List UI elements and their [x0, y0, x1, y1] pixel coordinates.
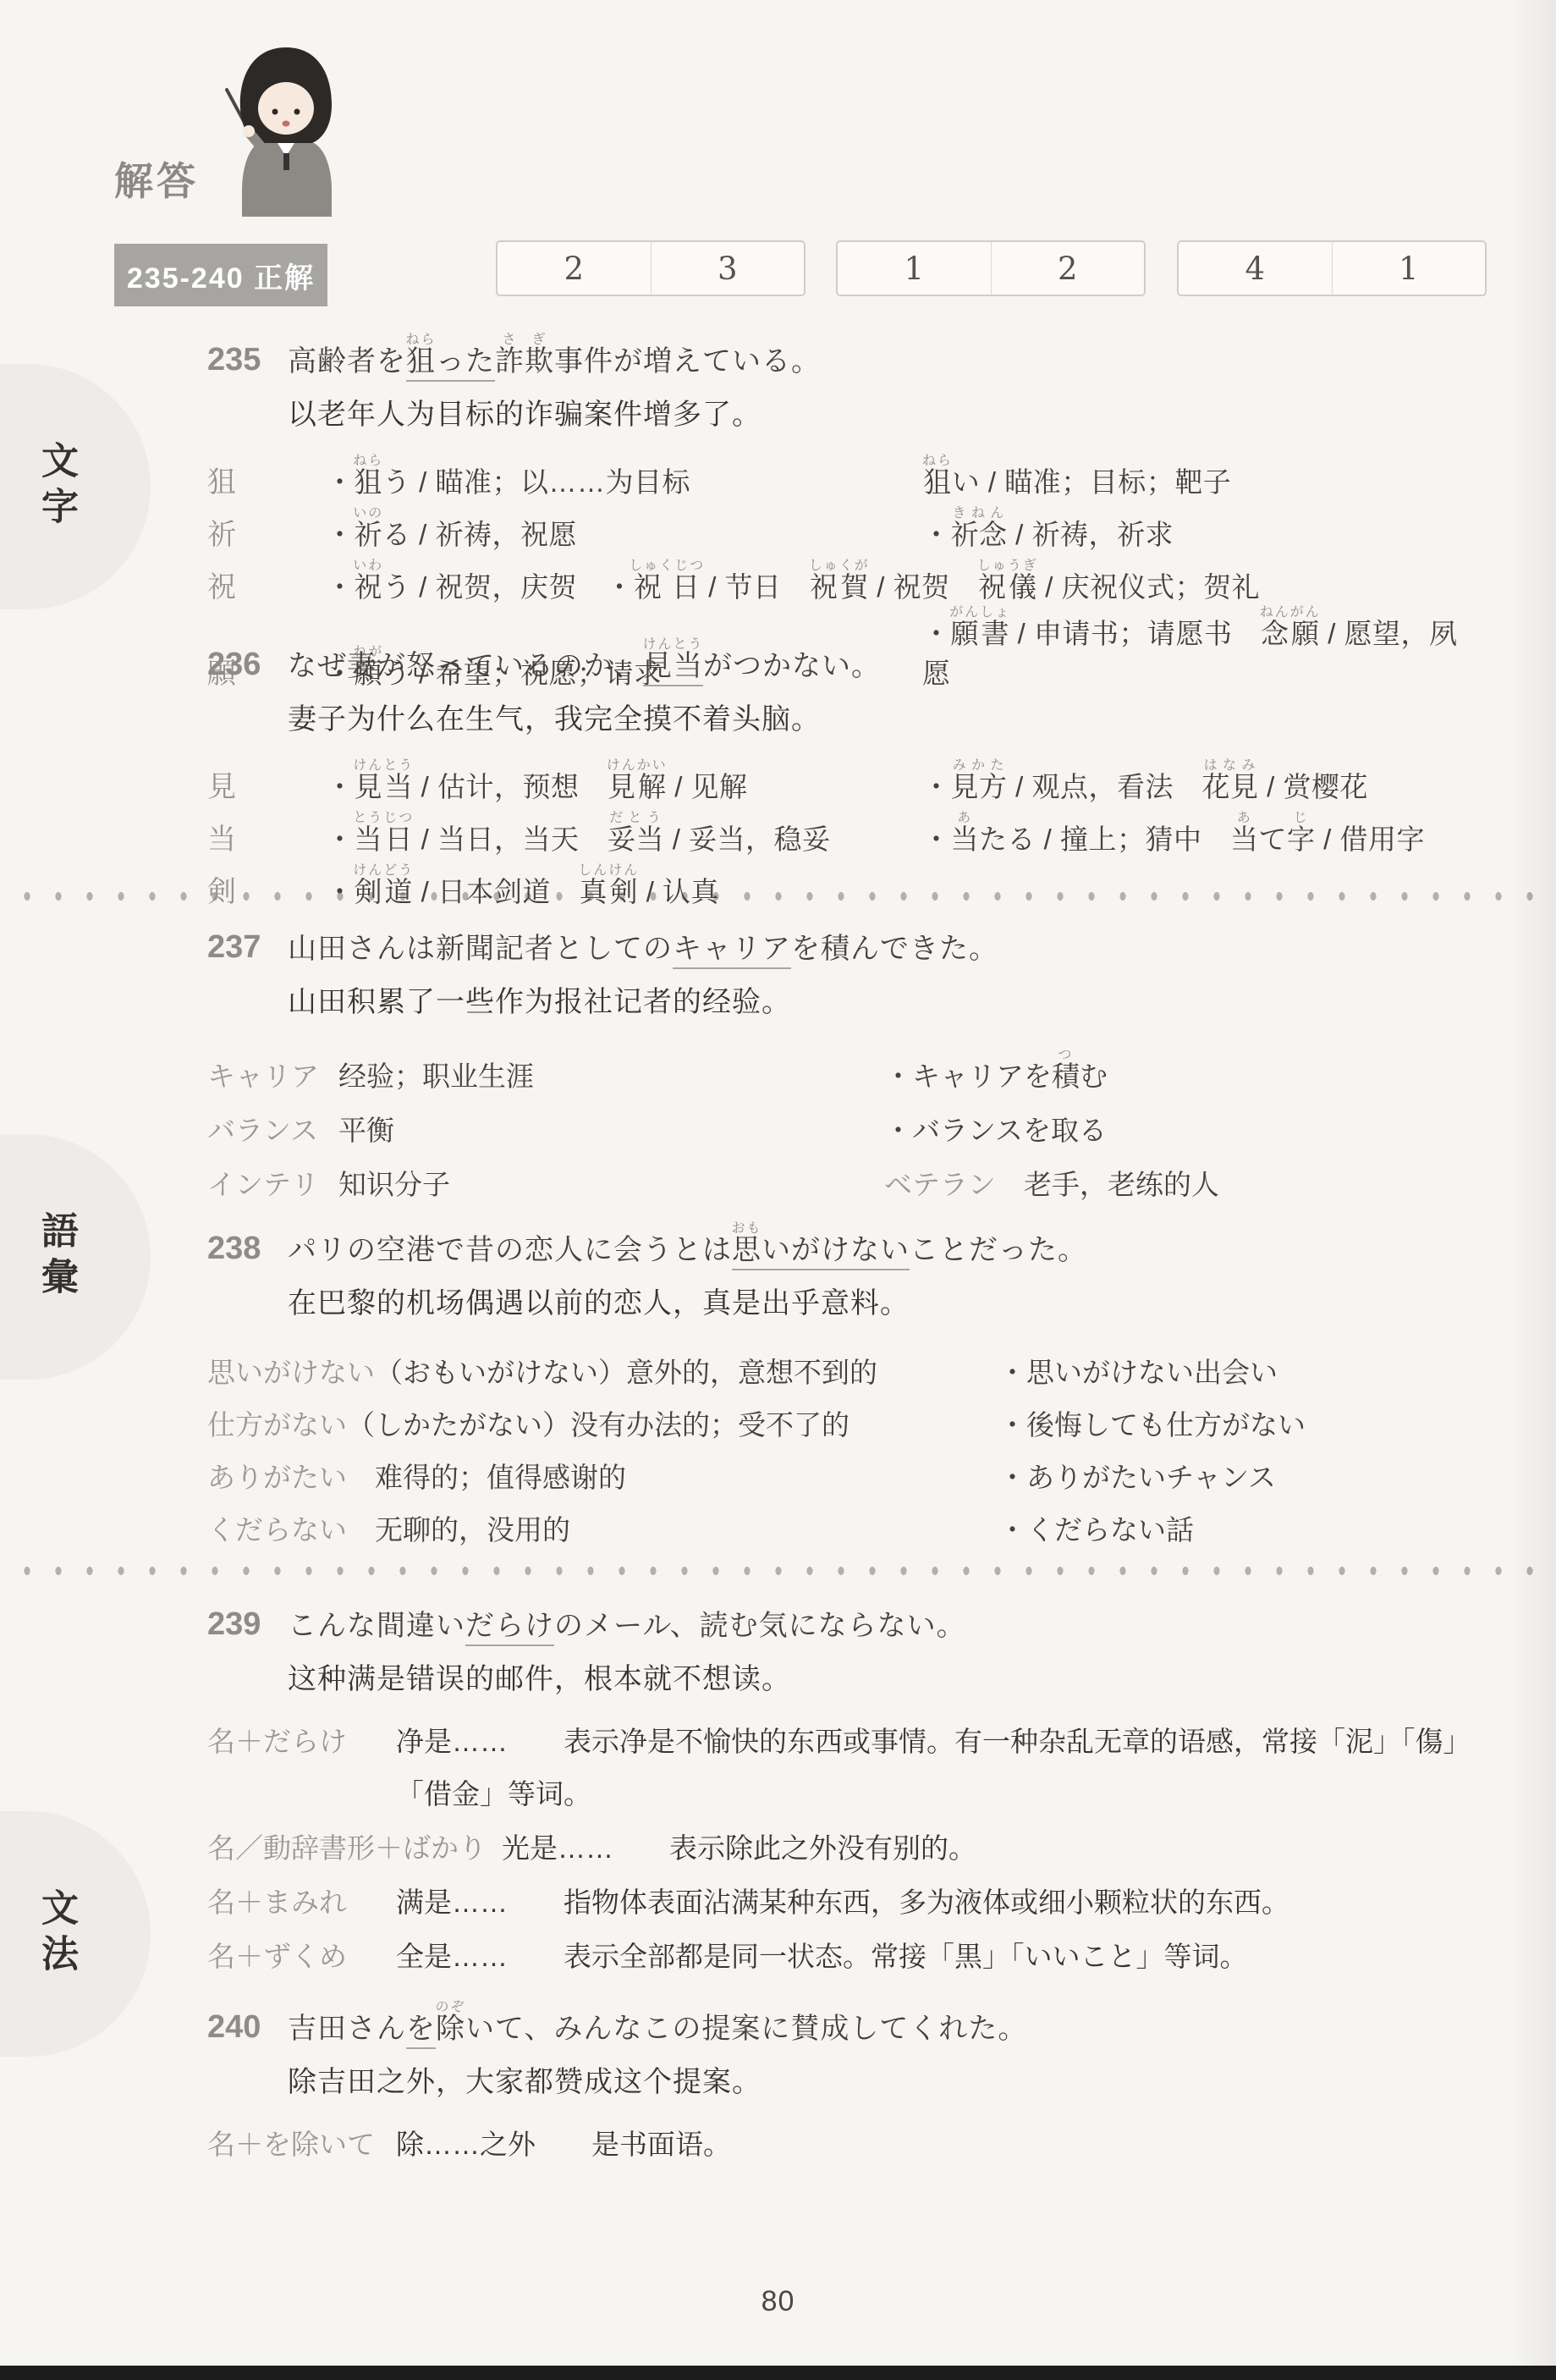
grammar-row: 名＋だらけ 净是…… 表示净是不愉快的东西或事情。有一种杂乱无章的语感，常接「泥…: [207, 1716, 1460, 1821]
vocab-term: インテリ: [207, 1163, 338, 1203]
avatar-eye: [294, 109, 300, 115]
teacher-avatar: [213, 41, 359, 217]
sidebar-tab-bunpou: 文法: [0, 1811, 151, 2057]
sidebar-tab-goi: 語彙: [0, 1134, 151, 1380]
chinese-translation: 除吉田之外，大家都赞成这个提案。: [288, 2058, 1460, 2100]
grammar-pattern: 名＋ずくめ: [207, 1931, 396, 1983]
vocab-term: キャリア: [207, 1055, 338, 1094]
vocab-entry: ・狙ねらう / 瞄准；以……为目标: [326, 454, 922, 500]
avatar-hand: [243, 125, 255, 137]
kanji-head: 祈: [207, 511, 326, 553]
grammar-row: 名＋ずくめ 全是…… 表示全部都是同一状态。常接「黒」「いいこと」等词。: [207, 1931, 1460, 1983]
vocab-definition: ありがたい 难得的；值得感谢的: [207, 1456, 998, 1496]
grammar-row: 名＋を除いて 除……之外 是书面语。: [207, 2118, 1460, 2171]
vocab-meaning: 知识分子: [338, 1163, 884, 1203]
grammar-pattern: 名＋だらけ: [207, 1716, 396, 1768]
vocab-row: 思いがけない（おもいがけない）意外的，意想不到的 ・思いがけない出会い: [207, 1338, 1460, 1391]
adjective-vocab-list: 思いがけない（おもいがけない）意外的，意想不到的 ・思いがけない出会い 仕方がな…: [207, 1338, 1460, 1548]
grammar-pattern: 名＋を除いて: [207, 2118, 396, 2171]
vocab-meaning: 经验；职业生涯: [338, 1055, 884, 1094]
chinese-translation: 妻子为什么在生气，我完全摸不着头脑。: [288, 696, 1460, 737]
answer-box-group: 2 3: [496, 240, 805, 296]
vocab-entry: ・見当けんとう / 估计，预想 見解けんかい / 见解: [326, 758, 922, 805]
question-sentence: こんな間違いだらけのメール、読む気にならない。: [288, 1604, 966, 1642]
vocab-row: キャリア 经验；职业生涯 ・キャリアを積つむ: [207, 1040, 1460, 1094]
answer-cell: 3: [651, 242, 805, 295]
answer-cell: 2: [498, 242, 651, 295]
chinese-translation: 这种满是错误的邮件，根本就不想读。: [288, 1656, 1460, 1697]
grammar-row: 名／動辞書形＋ばかり 光是…… 表示除此之外没有别的。: [207, 1822, 1460, 1875]
vocab-meaning: 平衡: [338, 1109, 884, 1149]
answer-box-group: 1 2: [836, 240, 1146, 296]
question-237: 237 山田さんは新聞記者としてのキャリアを積んできた。 山田积累了一些作为报社…: [207, 927, 1460, 1203]
vocab-row: 狙 ・狙ねらう / 瞄准；以……为目标 狙ねらい / 瞄准；目标；靶子: [207, 448, 1460, 500]
question-sentence: なぜ妻が怒っているのか、見当けんとうがつかない。: [288, 631, 881, 682]
answer-range-badge: 235-240 正解: [114, 244, 327, 306]
grammar-pattern: 名＋まみれ: [207, 1876, 396, 1929]
question-sentence: パリの空港で昔の恋人に会うとは思おもいがけないことだった。: [288, 1215, 1087, 1266]
vocab-entry: ・当日とうじつ / 当日，当天 妥当だとう / 妥当，稳妥: [326, 811, 922, 857]
vocab-row: 当 ・当日とうじつ / 当日，当天 妥当だとう / 妥当，稳妥 ・当あたる / …: [207, 805, 1460, 857]
question-sentence: 山田さんは新聞記者としてのキャリアを積んできた。: [288, 927, 998, 965]
answer-cell: 1: [1332, 242, 1486, 295]
question-number: 240: [207, 2011, 288, 2045]
grammar-explanation: 除……之外 是书面语。: [396, 2118, 1460, 2171]
question-number: 235: [207, 344, 288, 377]
vocab-entry: ・剣道けんどう / 日本剑道 真剣しんけん / 认真: [326, 863, 922, 910]
answer-cell: 2: [991, 242, 1145, 295]
kanji-head: 当: [207, 816, 326, 857]
sidebar-tab-label: 語彙: [29, 1211, 83, 1303]
katakana-vocab-list: キャリア 经验；职业生涯 ・キャリアを積つむ バランス 平衡 ・バランスを取る …: [207, 1040, 1460, 1203]
avatar-tie: [283, 153, 289, 170]
answer-box-group: 4 1: [1177, 240, 1487, 296]
vocab-entry: ・祈いのる / 祈祷，祝愿: [326, 506, 922, 553]
avatar-face: [258, 82, 314, 135]
kanji-vocab-list: 狙 ・狙ねらう / 瞄准；以……为目标 狙ねらい / 瞄准；目标；靶子 祈 ・祈…: [207, 448, 1460, 658]
page-edge-shading: [1509, 0, 1556, 2380]
vocab-example: ・後悔しても仕方がない: [998, 1403, 1460, 1443]
vocab-row: 祈 ・祈いのる / 祈祷，祝愿 ・祈念きねん / 祈祷，祈求: [207, 500, 1460, 553]
page-bottom-edge: [0, 2366, 1556, 2380]
answer-cell: 4: [1179, 242, 1332, 295]
question-number: 238: [207, 1232, 288, 1266]
grammar-list: 名＋を除いて 除……之外 是书面语。: [207, 2118, 1460, 2171]
chinese-translation: 以老年人为目标的诈骗案件增多了。: [288, 391, 1460, 432]
vocab-entry: ・見方みかた / 观点，看法 花見はなみ / 赏樱花: [922, 758, 1460, 805]
vocab-row: 剣 ・剣道けんどう / 日本剑道 真剣しんけん / 认真: [207, 857, 1460, 910]
kanji-vocab-list: 見 ・見当けんとう / 估计，预想 見解けんかい / 见解 ・見方みかた / 观…: [207, 752, 1460, 910]
question-239: 239 こんな間違いだらけのメール、読む気にならない。 这种满是错误的邮件，根本…: [207, 1604, 1460, 1985]
question-236: 236 なぜ妻が怒っているのか、見当けんとうがつかない。 妻子为什么在生气，我完…: [207, 631, 1460, 910]
vocab-row: ありがたい 难得的；值得感谢的 ・ありがたいチャンス: [207, 1443, 1460, 1496]
vocab-entry: 狙ねらい / 瞄准；目标；靶子: [922, 454, 1460, 500]
kanji-head: 祝: [207, 564, 326, 605]
grammar-explanation: 全是…… 表示全部都是同一状态。常接「黒」「いいこと」等词。: [396, 1931, 1460, 1983]
chinese-translation: 在巴黎的机场偶遇以前的恋人，真是出乎意料。: [288, 1280, 1460, 1321]
vocab-example: ・キャリアを積つむ: [884, 1048, 1460, 1094]
sidebar-tab-moji: 文字: [0, 364, 151, 609]
vocab-row: くだらない 无聊的，没用的 ・くだらない話: [207, 1496, 1460, 1548]
kanji-head: 剣: [207, 868, 326, 910]
page-number: 80: [0, 2285, 1556, 2318]
grammar-list: 名＋だらけ 净是…… 表示净是不愉快的东西或事情。有一种杂乱无章的语感，常接「泥…: [207, 1716, 1460, 1983]
vocab-definition: 仕方がない（しかたがない）没有办法的；受不了的: [207, 1403, 998, 1443]
avatar-eye: [272, 109, 278, 115]
question-number: 236: [207, 648, 288, 682]
vocab-example: ・くだらない話: [998, 1508, 1460, 1548]
question-sentence: 吉田さんを除のぞいて、みんなこの提案に賛成してくれた。: [288, 1993, 1027, 2045]
vocab-term: バランス: [207, 1109, 338, 1149]
grammar-explanation: 净是…… 表示净是不愉快的东西或事情。有一种杂乱无章的语感，常接「泥」「傷」「借…: [396, 1716, 1460, 1821]
question-number: 237: [207, 931, 288, 965]
grammar-row: 名＋まみれ 满是…… 指物体表面沾满某种东西，多为液体或细小颗粒状的东西。: [207, 1876, 1460, 1929]
vocab-row: バランス 平衡 ・バランスを取る: [207, 1094, 1460, 1149]
vocab-definition: くだらない 无聊的，没用的: [207, 1508, 998, 1548]
grammar-explanation: 光是…… 表示除此之外没有别的。: [502, 1822, 1460, 1875]
chinese-translation: 山田积累了一些作为报社记者的经验。: [288, 978, 1460, 1020]
textbook-answer-page: 解答 235-240 正解 2 3 1 2 4 1 文字 語彙 文法: [0, 0, 1556, 2380]
question-238: 238 パリの空港で昔の恋人に会うとは思おもいがけないことだった。 在巴黎的机场…: [207, 1215, 1460, 1548]
kanji-head: 狙: [207, 459, 326, 500]
sidebar-tab-label: 文法: [29, 1888, 83, 1980]
vocab-row: 仕方がない（しかたがない）没有办法的；受不了的 ・後悔しても仕方がない: [207, 1391, 1460, 1443]
grammar-explanation: 满是…… 指物体表面沾满某种东西，多为液体或细小颗粒状的东西。: [396, 1876, 1460, 1929]
vocab-row: 見 ・見当けんとう / 估计，预想 見解けんかい / 见解 ・見方みかた / 观…: [207, 752, 1460, 805]
vocab-example: ・ありがたいチャンス: [998, 1456, 1460, 1496]
vocab-entry: ・祈念きねん / 祈祷，祈求: [922, 506, 1460, 553]
vocab-row: 祝 ・祝いわう / 祝贺，庆贺 ・祝日しゅくじつ / 节日 祝賀しゅくが / 祝…: [207, 553, 1460, 605]
answer-cell: 1: [838, 242, 991, 295]
question-240: 240 吉田さんを除のぞいて、みんなこの提案に賛成してくれた。 除吉田之外，大家…: [207, 1993, 1460, 2173]
grammar-pattern: 名／動辞書形＋ばかり: [207, 1822, 502, 1875]
page-title: 解答: [114, 151, 199, 207]
vocab-example: ベテラン 老手，老练的人: [884, 1163, 1460, 1203]
vocab-example: ・バランスを取る: [884, 1109, 1460, 1149]
vocab-entry: ・当あたる / 撞上；猜中 当あて字じ / 借用字: [922, 811, 1460, 857]
question-235: 235 高齢者を狙ねらった詐欺さぎ事件が増えている。 以老年人为目标的诈骗案件增…: [207, 326, 1460, 658]
vocab-row: インテリ 知识分子 ベテラン 老手，老练的人: [207, 1149, 1460, 1203]
dotted-separator: [19, 1562, 1537, 1580]
question-sentence: 高齢者を狙ねらった詐欺さぎ事件が増えている。: [288, 326, 821, 377]
vocab-definition: 思いがけない（おもいがけない）意外的，意想不到的: [207, 1351, 998, 1391]
vocab-entry: ・祝いわう / 祝贺，庆贺 ・祝日しゅくじつ / 节日 祝賀しゅくが / 祝贺 …: [326, 559, 1460, 605]
kanji-head: 見: [207, 763, 326, 805]
sidebar-tab-label: 文字: [29, 441, 83, 532]
vocab-example: ・思いがけない出会い: [998, 1351, 1460, 1391]
avatar-mouth: [283, 121, 290, 127]
question-number: 239: [207, 1608, 288, 1642]
